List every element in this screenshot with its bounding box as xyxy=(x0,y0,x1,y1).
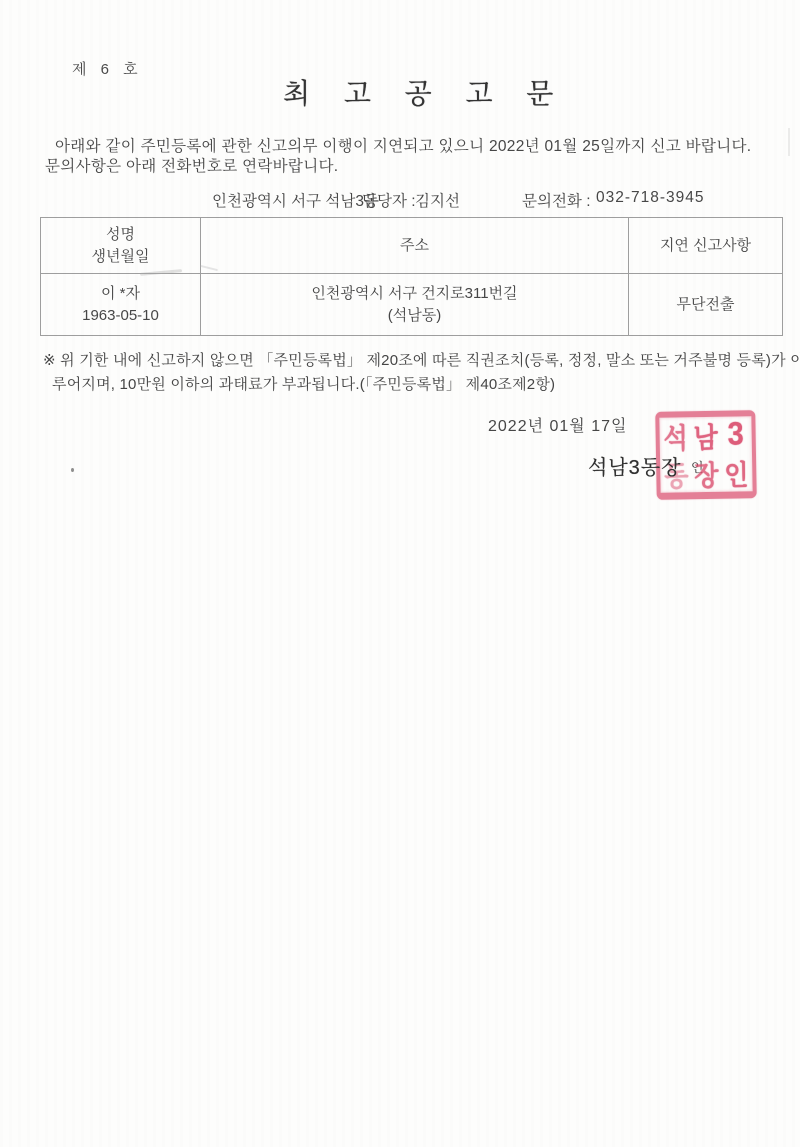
seal-char: 3 xyxy=(720,414,751,457)
scanned-document-page: 제 6 호 최 고 공 고 문 아래와 같이 주민등록에 관한 신고의무 이행이… xyxy=(0,0,800,1147)
signer-title: 석남3동장 xyxy=(588,451,681,480)
footnote-line-1: ※ 위 기한 내에 신고하지 않으면 「주민등록법」 제20조에 따른 직권조치… xyxy=(43,349,800,370)
contact-manager-label: 담당자 : xyxy=(362,189,416,211)
cell-address-line1: 인천광역시 서구 건지로311번길 xyxy=(201,283,628,305)
intro-line-1: 아래와 같이 주민등록에 관한 신고의무 이행이 지연되고 있으니 2022년 … xyxy=(55,134,751,156)
seal-char: 남 xyxy=(690,414,721,457)
contact-phone-number: 032-718-3945 xyxy=(596,189,705,207)
seal-char: 장 xyxy=(691,452,722,495)
column-header-status: 지연 신고사항 xyxy=(629,218,783,274)
scan-artifact-edge-line xyxy=(788,128,790,156)
column-header-name: 성명 생년월일 xyxy=(41,218,201,274)
contact-info-line: 인천광역시 서구 석남3동 담당자 : 김지선 문의전화 : 032-718-3… xyxy=(0,189,800,211)
notice-table: 성명 생년월일 주소 지연 신고사항 이 *자 1963-05-10 인천광역시… xyxy=(40,217,783,336)
table-row: 이 *자 1963-05-10 인천광역시 서구 건지로311번길 (석남동) … xyxy=(41,274,783,336)
contact-office: 인천광역시 서구 석남3동 xyxy=(212,189,379,211)
document-number: 제 6 호 xyxy=(72,58,143,79)
cell-status: 무단전출 xyxy=(629,274,783,336)
scan-artifact-speck xyxy=(71,468,74,472)
cell-name: 이 *자 1963-05-10 xyxy=(41,274,201,336)
intro-line-2: 문의사항은 아래 전화번호로 연락바랍니다. xyxy=(45,154,338,176)
footnote-line-2: 루어지며, 10만원 이하의 과태료가 부과됩니다.(「주민등록법」 제40조제… xyxy=(52,373,555,394)
cell-name-line1: 이 *자 xyxy=(41,283,200,305)
contact-manager-name: 김지선 xyxy=(415,189,460,211)
cell-address-line2: (석남동) xyxy=(201,305,628,327)
header-name-line2: 생년월일 xyxy=(41,246,200,268)
column-header-address: 주소 xyxy=(201,218,629,274)
header-name-line1: 성명 xyxy=(41,224,200,246)
table-header-row: 성명 생년월일 주소 지연 신고사항 xyxy=(41,218,783,274)
contact-phone-label: 문의전화 : xyxy=(522,189,591,211)
cell-name-line2: 1963-05-10 xyxy=(41,305,200,327)
seal-char: 인 xyxy=(721,451,752,494)
document-title: 최 고 공 고 문 xyxy=(283,72,566,112)
closing-date: 2022년 01월 17일 xyxy=(488,413,627,436)
cell-address: 인천광역시 서구 건지로311번길 (석남동) xyxy=(201,274,629,336)
